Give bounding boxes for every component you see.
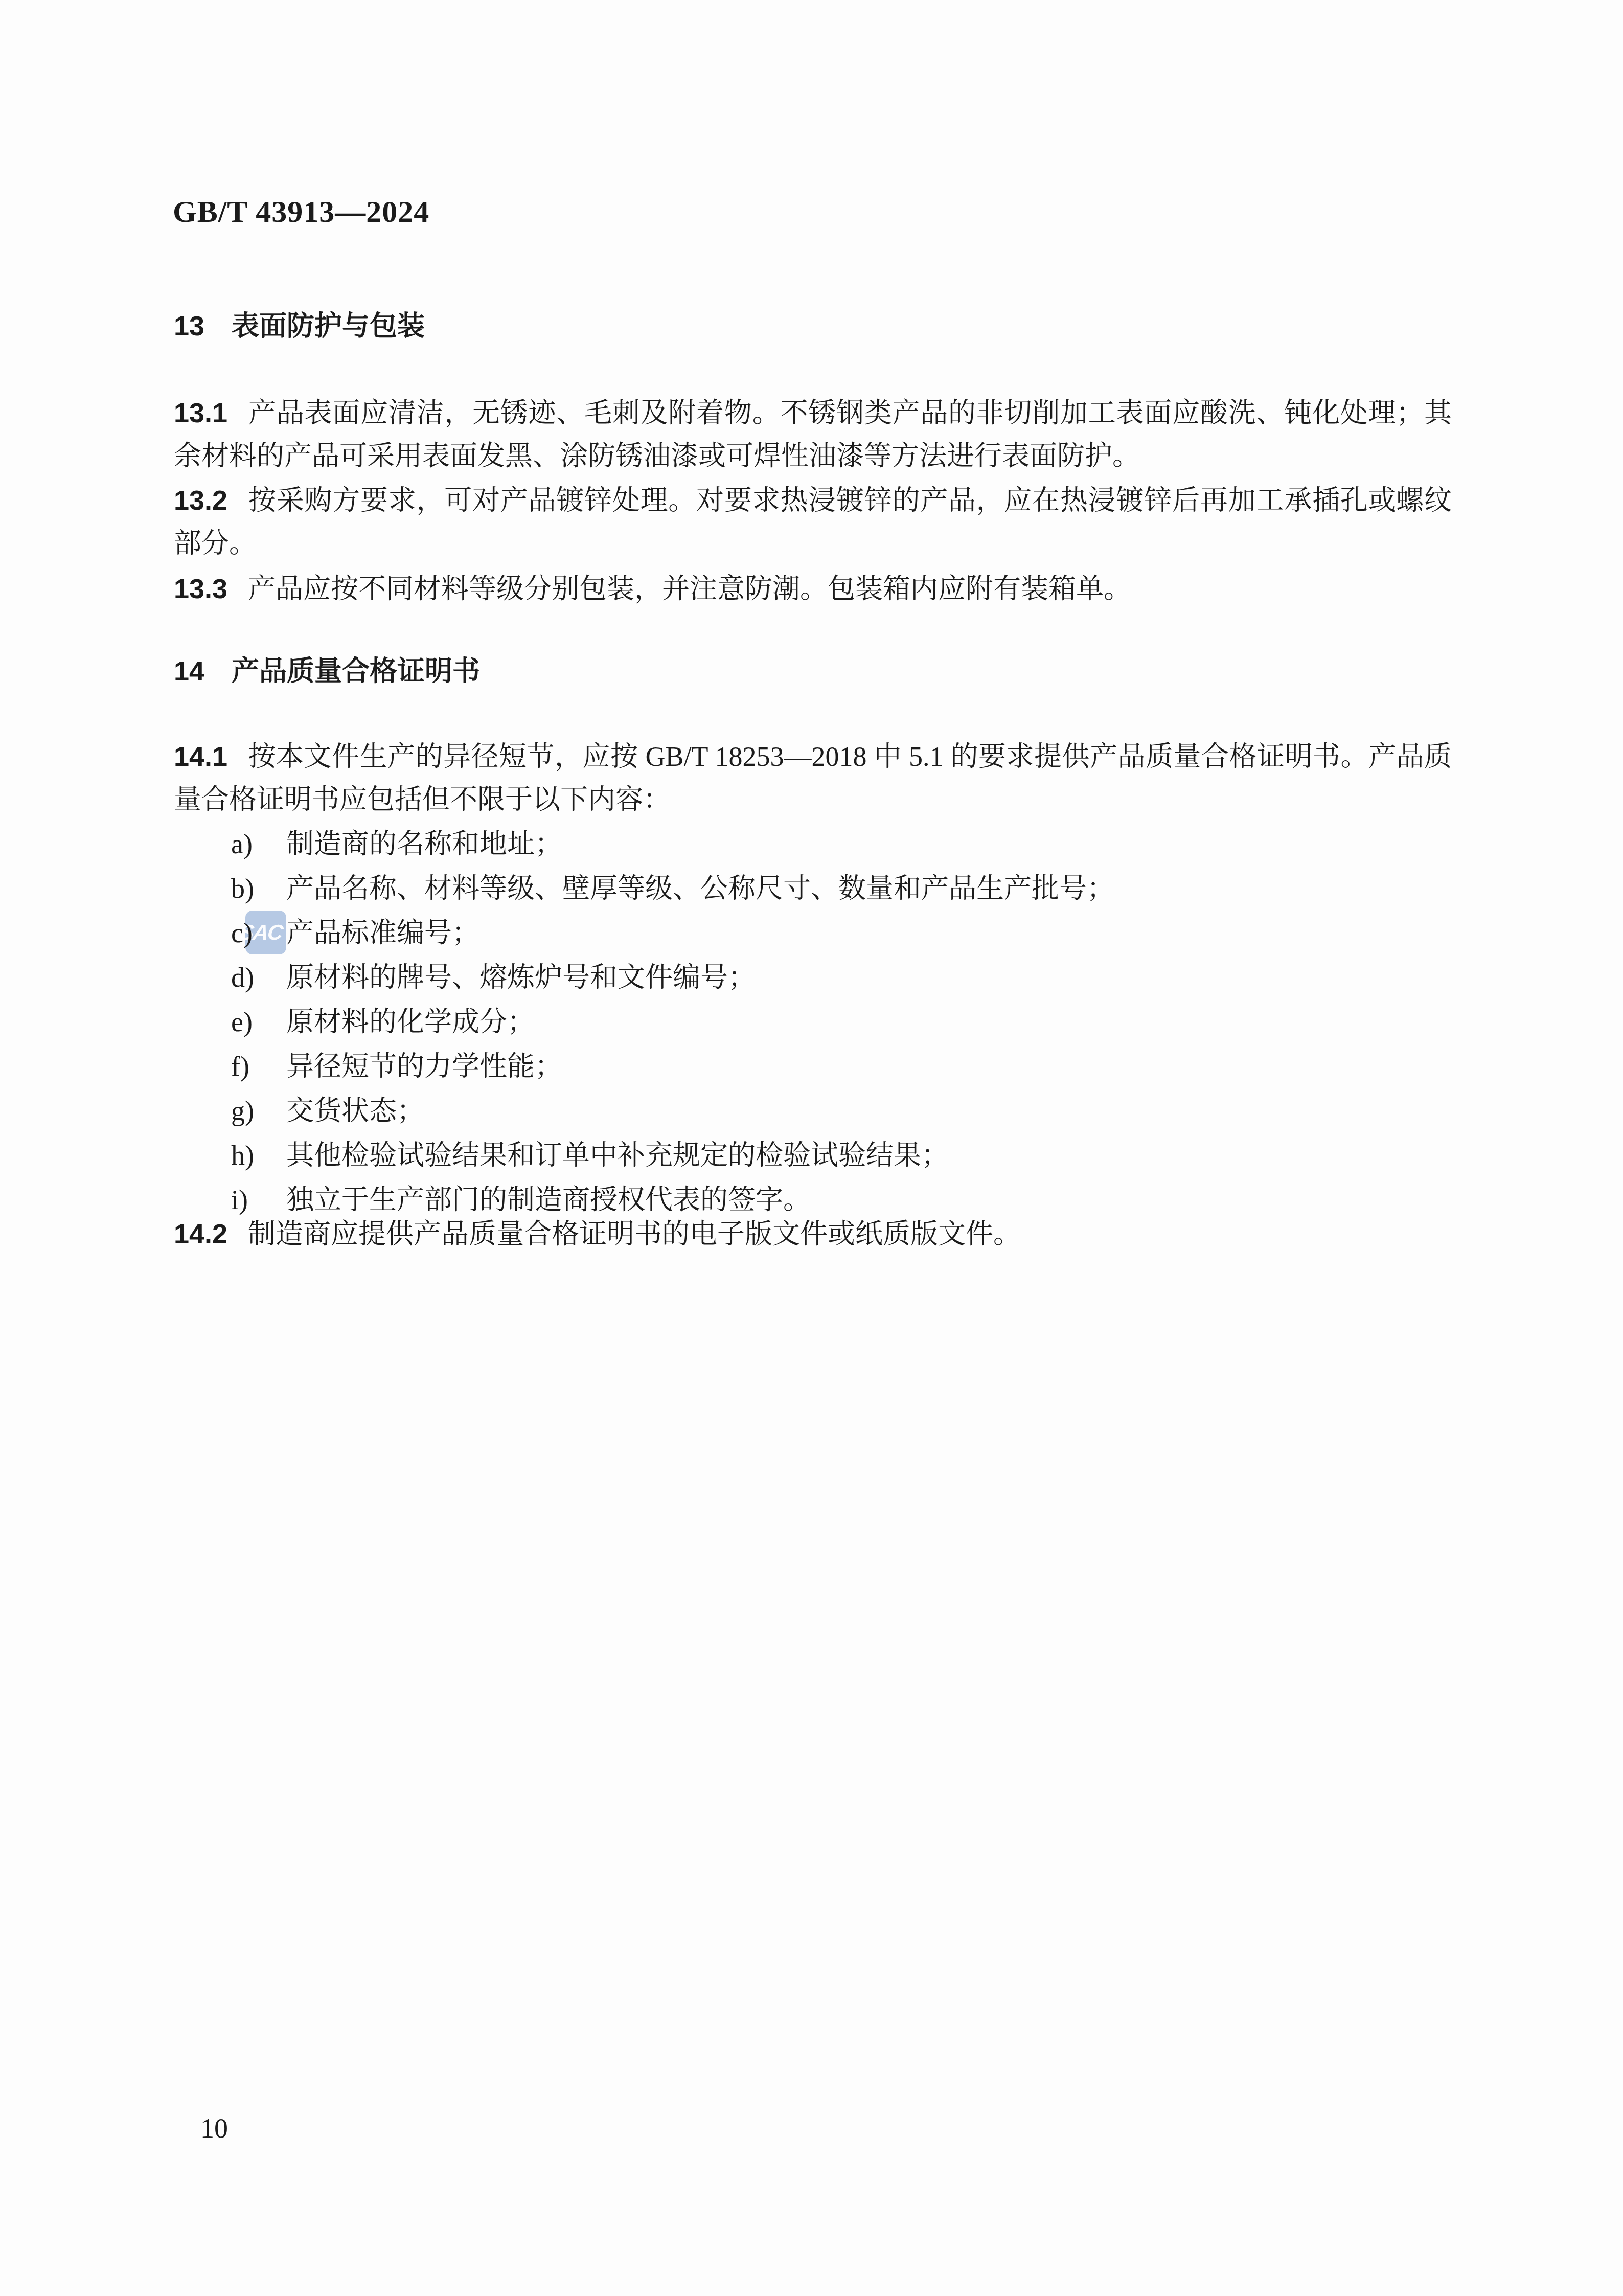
clause-number: 14.1 <box>174 741 227 772</box>
clause-14-2: 14.2制造商应提供产品质量合格证明书的电子版文件或纸质版文件。 <box>174 1213 1452 1256</box>
list-item-text: 制造商的名称和地址； <box>286 829 562 859</box>
list-item: h)其他检验试验结果和订单中补充规定的检验试验结果； <box>174 1133 1452 1178</box>
list-item: a)制造商的名称和地址； <box>174 822 1452 867</box>
list-item: d)原材料的牌号、熔炼炉号和文件编号； <box>174 956 1452 1000</box>
list-item-marker: a) <box>231 822 286 867</box>
list-item-text: 其他检验试验结果和订单中补充规定的检验试验结果； <box>286 1140 949 1171</box>
certificate-items-list: a)制造商的名称和地址； b)产品名称、材料等级、壁厚等级、公称尺寸、数量和产品… <box>174 822 1452 1222</box>
clause-text: 按本文件生产的异径短节，应按 GB/T 18253—2018 中 5.1 的要求… <box>174 741 1452 815</box>
clause-text: 按采购方要求，可对产品镀锌处理。对要求热浸镀锌的产品，应在热浸镀锌后再加工承插孔… <box>174 485 1452 559</box>
clause-text: 产品应按不同材料等级分别包装，并注意防潮。包装箱内应附有装箱单。 <box>248 574 1131 604</box>
clause-text: 产品表面应清洁，无锈迹、毛刺及附着物。不锈钢类产品的非切削加工表面应酸洗、钝化处… <box>174 398 1452 471</box>
list-item: g)交货状态； <box>174 1089 1452 1133</box>
list-item: c)产品标准编号； <box>174 911 1452 956</box>
list-item-text: 交货状态； <box>286 1096 424 1126</box>
list-item-text: 产品名称、材料等级、壁厚等级、公称尺寸、数量和产品生产批号； <box>286 873 1114 904</box>
standard-number: GB/T 43913—2024 <box>173 194 429 230</box>
section-number: 14 <box>174 653 232 689</box>
list-item-text: 独立于生产部门的制造商授权代表的签字。 <box>286 1185 811 1215</box>
section-number: 13 <box>174 308 232 344</box>
list-item: b)产品名称、材料等级、壁厚等级、公称尺寸、数量和产品生产批号； <box>174 867 1452 911</box>
list-item: f)异径短节的力学性能； <box>174 1044 1452 1089</box>
list-item-marker: e) <box>231 1000 286 1044</box>
section-title: 产品质量合格证明书 <box>232 656 480 687</box>
list-item-marker: b) <box>231 867 286 911</box>
section-title: 表面防护与包装 <box>232 311 425 342</box>
clause-13-2: 13.2按采购方要求，可对产品镀锌处理。对要求热浸镀锌的产品，应在热浸镀锌后再加… <box>174 479 1452 565</box>
document-page: SAC GB/T 43913—2024 13表面防护与包装 13.1产品表面应清… <box>0 0 1623 2296</box>
clause-number: 13.1 <box>174 398 227 428</box>
clause-13-3: 13.3产品应按不同材料等级分别包装，并注意防潮。包装箱内应附有装箱单。 <box>174 567 1452 610</box>
clause-14-1: 14.1按本文件生产的异径短节，应按 GB/T 18253—2018 中 5.1… <box>174 735 1452 821</box>
list-item-text: 原材料的化学成分； <box>286 1007 535 1037</box>
clause-number: 13.3 <box>174 574 227 604</box>
list-item-text: 异径短节的力学性能； <box>286 1051 562 1082</box>
list-item-marker: f) <box>231 1044 286 1089</box>
section-13-heading: 13表面防护与包装 <box>174 308 1452 344</box>
list-item-marker: c) <box>231 911 286 956</box>
list-item-marker: g) <box>231 1089 286 1133</box>
list-item-marker: h) <box>231 1133 286 1178</box>
clause-number: 13.2 <box>174 485 227 516</box>
page-number: 10 <box>200 2112 228 2144</box>
list-item: e)原材料的化学成分； <box>174 1000 1452 1044</box>
clause-text: 制造商应提供产品质量合格证明书的电子版文件或纸质版文件。 <box>248 1219 1021 1249</box>
list-item-text: 产品标准编号； <box>286 918 479 948</box>
clause-number: 14.2 <box>174 1219 227 1249</box>
clause-13-1: 13.1产品表面应清洁，无锈迹、毛刺及附着物。不锈钢类产品的非切削加工表面应酸洗… <box>174 392 1452 478</box>
list-item-marker: d) <box>231 956 286 1000</box>
section-14-heading: 14产品质量合格证明书 <box>174 653 1452 689</box>
list-item-text: 原材料的牌号、熔炼炉号和文件编号； <box>286 962 756 993</box>
